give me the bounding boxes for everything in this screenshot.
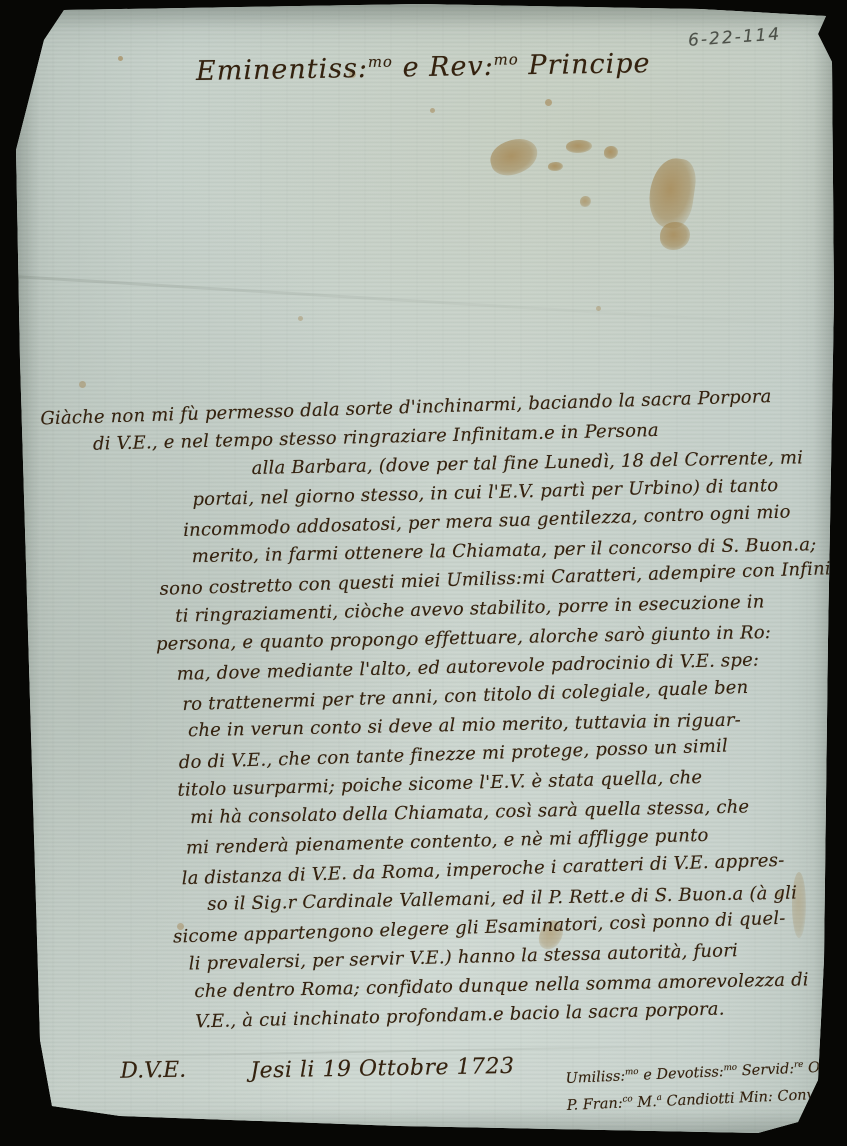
signature-text: P. Fran:	[566, 1095, 623, 1113]
signature-text: e Devotiss:	[638, 1064, 724, 1084]
stain	[566, 140, 592, 153]
closing-dateline: Jesi li 19 Ottobre 1723	[250, 1054, 515, 1084]
signature-superscript: co	[622, 1094, 633, 1104]
stain	[580, 196, 591, 207]
letter-closing: D.V.E. Jesi li 19 Ottobre 1723	[0, 1051, 560, 1061]
stain	[604, 146, 618, 159]
signature-text: Candiotti Min: Conv.	[662, 1087, 818, 1110]
catalog-number: 6-22-114	[687, 21, 828, 51]
signature-superscript: le	[817, 1086, 825, 1096]
letter-body: Giàche non mi fù permesso dala sorte d'i…	[0, 382, 847, 1041]
signature-text: Servid:	[737, 1061, 795, 1079]
signature-superscript: mo	[625, 1067, 639, 1078]
letter-heading: Eminentiss:mo e Rev:mo Principe	[196, 48, 651, 87]
paper-crease	[1, 274, 847, 329]
heading-superscript: mo	[494, 50, 519, 68]
signature-text: Obligat:	[803, 1058, 847, 1077]
letter-paper: 6-22-114 Eminentiss:mo e Rev:mo Principe…	[0, 0, 847, 1146]
scanned-letter: 6-22-114 Eminentiss:mo e Rev:mo Principe…	[0, 0, 847, 1146]
stain	[548, 162, 563, 171]
closing-salutation: D.V.E.	[120, 1058, 186, 1084]
signature-text: Umiliss:	[565, 1068, 625, 1087]
foxing-spots	[118, 56, 123, 61]
stain	[645, 155, 698, 230]
heading-text: e Rev:	[393, 51, 494, 84]
stain	[486, 134, 541, 179]
heading-text: Eminentiss:	[196, 53, 369, 87]
heading-superscript: mo	[368, 53, 393, 71]
heading-text: Principe	[519, 48, 651, 81]
stain	[660, 222, 690, 250]
signature-text: M.	[632, 1094, 657, 1111]
signature-block: Umiliss:mo e Devotiss:mo Servid:re Oblig…	[565, 1052, 847, 1117]
signature-superscript: mo	[723, 1063, 737, 1074]
